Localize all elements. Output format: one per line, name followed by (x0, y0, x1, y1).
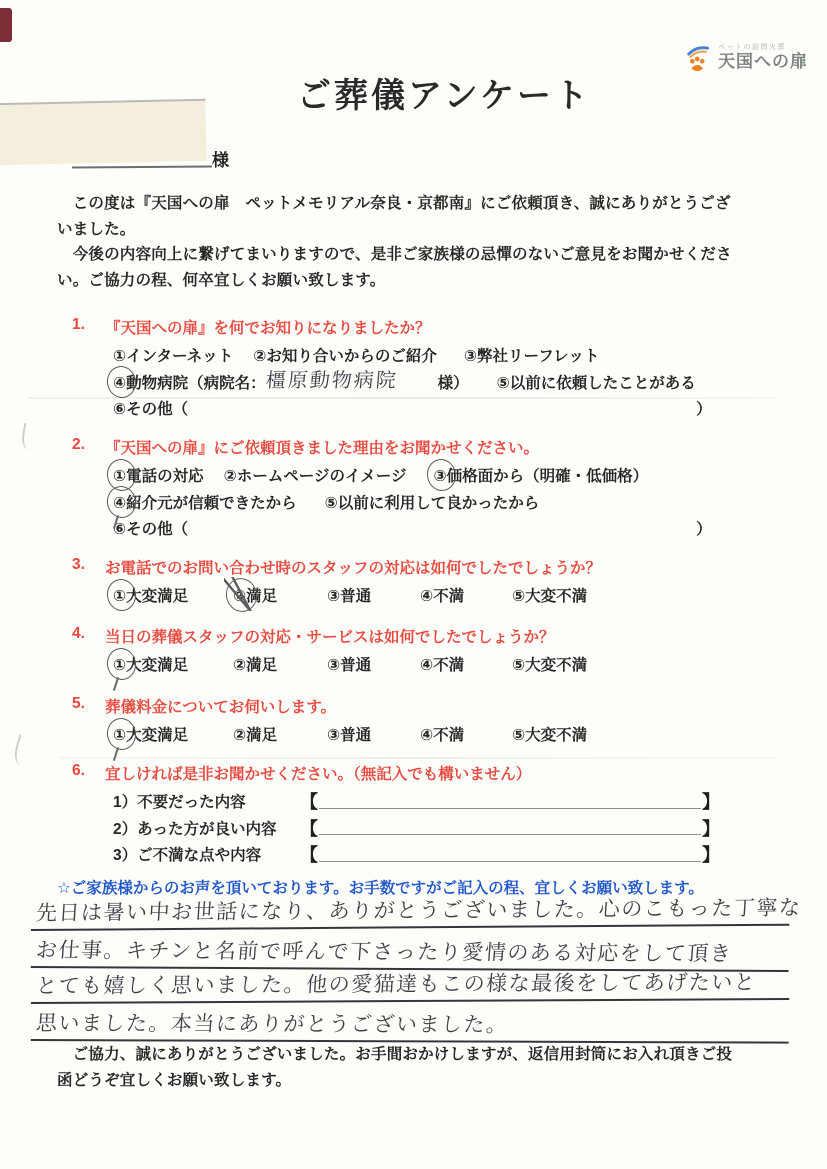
q6-item-3: 3）ご不満な点や内容 【 】 (113, 841, 720, 868)
q3-option-3: ③普通 (327, 584, 420, 606)
q1-option-4-circled: ④動物病院（病院名： (113, 371, 266, 393)
q4-option-3: ③普通 (327, 653, 420, 675)
question-4: 4. 当日の葬儀スタッフの対応・サービスは如何でしたでしょうか？ ①大変満足 ②… (72, 625, 587, 678)
q1-option-1: ①インターネット (113, 344, 233, 366)
question-number: 5. (72, 695, 105, 717)
addressee-honorific: 様 (212, 146, 229, 171)
q1-option-4-suffix: 様） (438, 371, 469, 393)
closing-line: 函どうぞ宜しくお願い致します。 (57, 1068, 782, 1094)
page-title: ご葬儀アンケート (297, 68, 591, 117)
question-3: 3. お電話でのお問い合わせ時のスタッフの対応は如何でしたでしょうか？ ①大変満… (72, 556, 601, 609)
redacted-name-box (0, 99, 207, 165)
q1-option-2: ②お知り合いからのご紹介 (253, 344, 437, 366)
q2-options-row-2: ④紹介元が信頼できたから ⑤以前に利用して良かったから (113, 489, 712, 516)
intro-line: 今後の内容向上に繋げてまいりますので、是非ご家族様の忌憚のないご意見をお聞かせく… (57, 242, 782, 268)
q5-option-4: ④不満 (420, 723, 512, 745)
q1-hospital-name-handwritten: 橿原動物病院 (264, 364, 439, 393)
question-title: 宜しければ是非お聞かせください。（無記入でも構いません） (105, 762, 531, 784)
q3-option-5: ⑤大変不満 (512, 584, 587, 606)
closing-paragraph: ご協力、誠にありがとうございました。お手間おかけしますが、返信用封筒にお入れ頂き… (57, 1042, 782, 1093)
question-6-header: 6. 宜しければ是非お聞かせください。（無記入でも構いません） (72, 762, 720, 784)
q1-options-row-2: ④動物病院（病院名： 橿原動物病院 様） ⑤以前に依頼したことがある (113, 369, 712, 396)
q4-option-5: ⑤大変不満 (512, 653, 587, 675)
q5-option-1-circled: ①大変満足 (113, 723, 188, 745)
q6-item-1-label: 1）不要だった内容 (113, 790, 300, 812)
question-number: 3. (72, 556, 105, 578)
question-title: 『天国への扉』を何でお知りになりましたか？ (105, 316, 431, 338)
intro-line: いました。 (57, 217, 782, 243)
q5-option-2: ②満足 (233, 723, 327, 745)
q6-item-1-answer-line (319, 794, 701, 809)
name-underline (72, 166, 212, 169)
q2-option-4-circled: ④紹介元が信頼できたから (113, 491, 297, 513)
q6-item-1: 1）不要だった内容 【 】 (113, 788, 720, 815)
question-number: 6. (72, 762, 105, 784)
q3-option-2-crossed-out: ②満足 (233, 584, 277, 606)
question-6: 6. 宜しければ是非お聞かせください。（無記入でも構いません） 1）不要だった内… (72, 762, 720, 868)
bracket-open: 【 (300, 788, 318, 814)
question-1-header: 1. 『天国への扉』を何でお知りになりましたか？ (72, 316, 712, 338)
scan-corner-mark (0, 8, 12, 42)
question-title: お電話でのお問い合わせ時のスタッフの対応は如何でしたでしょうか？ (105, 556, 601, 578)
closing-line: ご協力、誠にありがとうございました。お手間おかけしますが、返信用封筒にお入れ頂き… (57, 1042, 782, 1068)
q2-option-2: ②ホームページのイメージ (224, 464, 407, 486)
q6-item-2-label: 2）あった方が良い内容 (113, 817, 300, 839)
q5-option-3: ③普通 (327, 723, 420, 745)
q1-options-row-3: ⑥その他（ ） (113, 395, 712, 422)
question-3-header: 3. お電話でのお問い合わせ時のスタッフの対応は如何でしたでしょうか？ (72, 556, 601, 578)
paw-rainbow-icon (686, 44, 713, 79)
intro-paragraph: この度は『天国への扉 ペットメモリアル奈良・京都南』にご依頼頂き、誠にありがとう… (57, 191, 782, 293)
comment-line: 先日は暑い中お世話になり、ありがとうございました。心のこもった丁寧な (31, 892, 791, 931)
q2-option-3-circled: ③価格面から（明確・低価格） (433, 464, 648, 486)
scanned-survey-page: ペットの訪問火葬 天国への扉 ご葬儀アンケート 様 この度は『天国への扉 ペット… (0, 0, 827, 1169)
question-number: 1. (72, 316, 105, 338)
q6-item-3-answer-line (319, 847, 701, 862)
logo-tagline: ペットの訪問火葬 (718, 44, 808, 52)
bracket-open: 【 (300, 841, 318, 867)
bracket-close: 】 (702, 815, 720, 841)
q4-scale-row: ①大変満足 ②満足 ③普通 ④不満 ⑤大変不満 (113, 651, 587, 678)
question-title: 葬儀料金についてお伺いします。 (105, 695, 336, 717)
bracket-close: 】 (702, 841, 720, 867)
logo-brand-name: 天国への扉 (718, 53, 808, 72)
q1-option-5: ⑤以前に依頼したことがある (497, 371, 696, 393)
question-number: 4. (72, 625, 105, 647)
q3-option-4: ④不満 (420, 584, 512, 606)
q1-option-3: ③弊社リーフレット (464, 344, 600, 366)
question-2: 2. 『天国への扉』にご依頼頂きました理由をお聞かせください。 ①電話の対応 ②… (72, 436, 712, 542)
q1-option-6: ⑥その他（ (113, 397, 188, 419)
q3-option-1-circled: ①大変満足 (113, 584, 188, 606)
question-2-header: 2. 『天国への扉』にご依頼頂きました理由をお聞かせください。 (72, 436, 712, 458)
q6-item-3-label: 3）ご不満な点や内容 (113, 843, 300, 865)
q5-scale-row: ①大変満足 ②満足 ③普通 ④不満 ⑤大変不満 (113, 721, 587, 748)
q2-options-row-1: ①電話の対応 ②ホームページのイメージ ③価格面から（明確・低価格） (113, 462, 712, 489)
q2-option-6: ⑥その他（ (113, 517, 188, 539)
intro-line: い。ご協力の程、何卒宜しくお願い致します。 (57, 268, 782, 294)
q4-option-4: ④不満 (420, 653, 512, 675)
question-title: 『天国への扉』にご依頼頂きました理由をお聞かせください。 (105, 436, 539, 458)
question-4-header: 4. 当日の葬儀スタッフの対応・サービスは如何でしたでしょうか？ (72, 625, 587, 647)
bracket-open: 【 (300, 815, 318, 841)
comment-line: 思いました。本当にありがとうございました。 (31, 1007, 791, 1044)
q2-option-1-circled: ①電話の対応 (113, 464, 204, 486)
question-number: 2. (72, 436, 105, 458)
intro-line: この度は『天国への扉 ペットメモリアル奈良・京都南』にご依頼頂き、誠にありがとう… (57, 191, 782, 217)
q2-option-5: ⑤以前に利用して良かったから (325, 491, 540, 513)
bracket-close: 】 (702, 788, 720, 814)
question-5: 5. 葬儀料金についてお伺いします。 ①大変満足 ②満足 ③普通 ④不満 ⑤大変… (72, 695, 587, 748)
question-title: 当日の葬儀スタッフの対応・サービスは如何でしたでしょうか？ (105, 625, 555, 647)
company-logo: ペットの訪問火葬 天国への扉 (686, 44, 808, 79)
q1-option-6-close-paren: ） (696, 397, 712, 419)
question-1: 1. 『天国への扉』を何でお知りになりましたか？ ①インターネット ②お知り合い… (72, 316, 712, 422)
scan-curl-artifact (11, 734, 36, 768)
q4-option-1-circled: ①大変満足 (113, 653, 188, 675)
q6-item-2-answer-line (319, 820, 701, 835)
scan-curl-artifact (20, 423, 39, 451)
q6-item-2: 2）あった方が良い内容 【 】 (113, 815, 720, 842)
comment-line: とても嬉しく思いました。他の愛猫達もこの様な最後をしてあげたいと (31, 966, 791, 1004)
question-5-header: 5. 葬儀料金についてお伺いします。 (72, 695, 587, 717)
q2-option-6-close-paren: ） (696, 517, 712, 539)
handwritten-comment: 先日は暑い中お世話になり、ありがとうございました。心のこもった丁寧な お仕事。キ… (32, 897, 790, 1043)
q5-option-5: ⑤大変不満 (512, 723, 587, 745)
q2-options-row-3: ⑥その他（ ） (113, 515, 712, 542)
scan-fold-line (60, 757, 778, 759)
q3-scale-row: ①大変満足 ②満足 ③普通 ④不満 ⑤大変不満 (113, 582, 601, 609)
q4-option-2: ②満足 (233, 653, 327, 675)
